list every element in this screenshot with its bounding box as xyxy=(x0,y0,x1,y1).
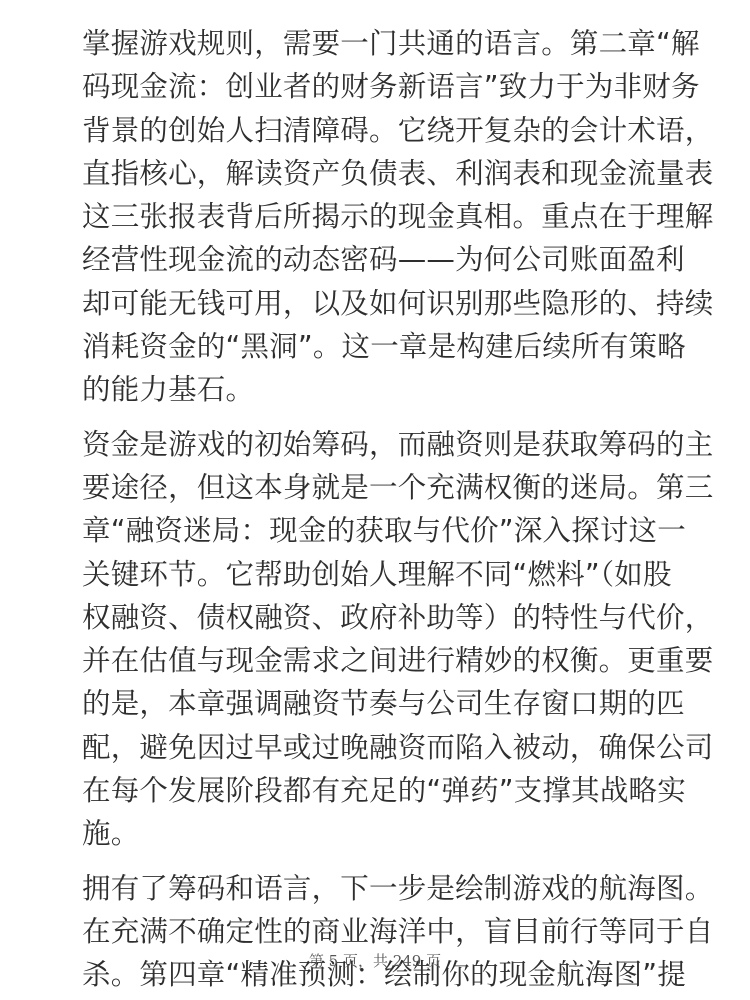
text-line: 背景的创始人扫清障碍。它绕开复杂的会计术语， xyxy=(82,109,682,152)
page-number-footer: 第 5 页，共 249 页 xyxy=(0,951,750,971)
text-line: 权融资、债权融资、政府补助等）的特性与代价， xyxy=(82,596,682,639)
text-line: 施。 xyxy=(82,812,682,855)
page-body: 掌握游戏规则，需要一门共通的语言。第二章“解 码现金流：创业者的财务新语言”致力… xyxy=(82,22,682,1000)
text-line: 掌握游戏规则，需要一门共通的语言。第二章“解 xyxy=(82,22,682,65)
text-line: 并在估值与现金需求之间进行精妙的权衡。更重要 xyxy=(82,639,682,682)
text-line: 配，避免因过早或过晚融资而陷入被动，确保公司 xyxy=(82,726,682,769)
paragraph-chapter-3: 资金是游戏的初始筹码，而融资则是获取筹码的主 要途径，但这本身就是一个充满权衡的… xyxy=(82,423,682,856)
text-line: 经营性现金流的动态密码——为何公司账面盈利 xyxy=(82,238,682,281)
text-line: 拥有了筹码和语言，下一步是绘制游戏的航海图。 xyxy=(82,867,682,910)
text-line: 章“融资迷局：现金的获取与代价”深入探讨这一 xyxy=(82,509,682,552)
text-line: 码现金流：创业者的财务新语言”致力于为非财务 xyxy=(82,65,682,108)
text-line: 关键环节。它帮助创始人理解不同“燃料”（如股 xyxy=(82,553,682,596)
text-line: 在充满不确定性的商业海洋中，盲目前行等同于自 xyxy=(82,910,682,953)
text-line: 这三张报表背后所揭示的现金真相。重点在于理解 xyxy=(82,195,682,238)
text-line: 的是，本章强调融资节奏与公司生存窗口期的匹 xyxy=(82,682,682,725)
document-page: 掌握游戏规则，需要一门共通的语言。第二章“解 码现金流：创业者的财务新语言”致力… xyxy=(0,0,750,1000)
text-line: 资金是游戏的初始筹码，而融资则是获取筹码的主 xyxy=(82,423,682,466)
text-line: 消耗资金的“黑洞”。这一章是构建后续所有策略 xyxy=(82,325,682,368)
paragraph-chapter-4: 拥有了筹码和语言，下一步是绘制游戏的航海图。 在充满不确定性的商业海洋中，盲目前… xyxy=(82,867,682,997)
text-line: 的能力基石。 xyxy=(82,368,682,411)
text-line: 在每个发展阶段都有充足的“弹药”支撑其战略实 xyxy=(82,769,682,812)
paragraph-chapter-2: 掌握游戏规则，需要一门共通的语言。第二章“解 码现金流：创业者的财务新语言”致力… xyxy=(82,22,682,412)
text-line: 要途径，但这本身就是一个充满权衡的迷局。第三 xyxy=(82,466,682,509)
text-line: 却可能无钱可用，以及如何识别那些隐形的、持续 xyxy=(82,282,682,325)
text-line: 直指核心，解读资产负债表、利润表和现金流量表 xyxy=(82,152,682,195)
